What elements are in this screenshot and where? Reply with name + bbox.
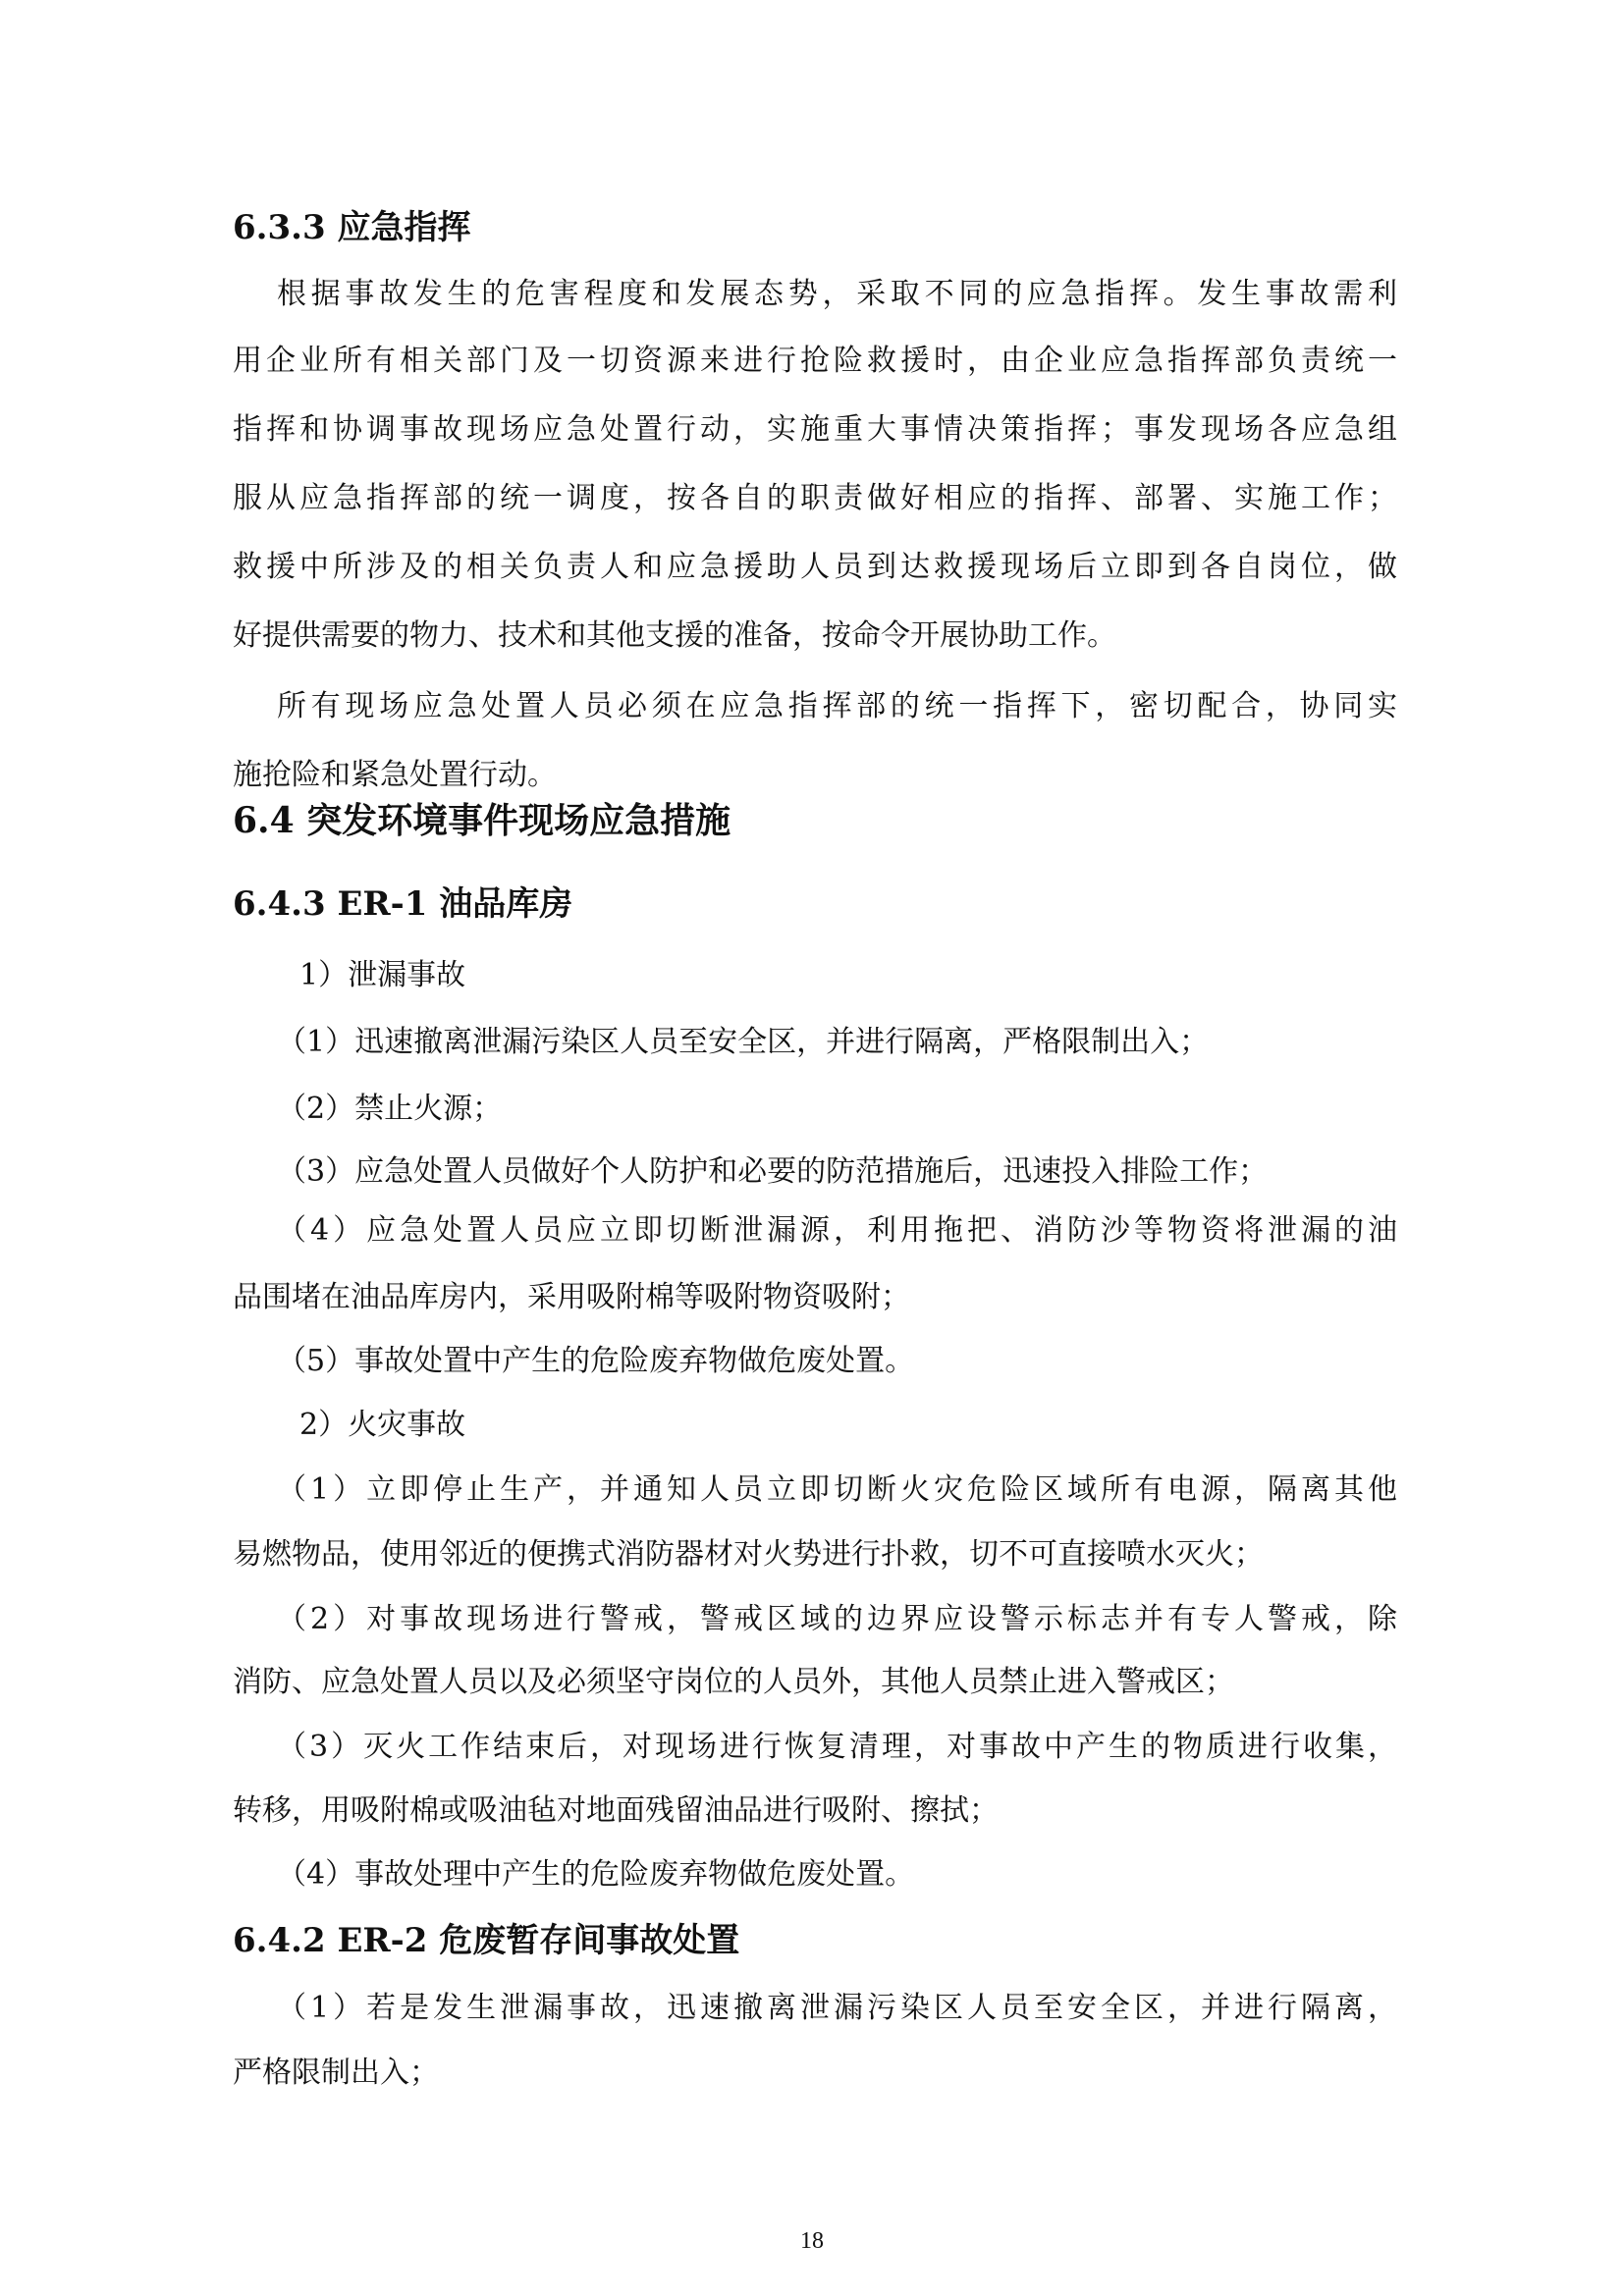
list-item: （4）事故处理中产生的危险废弃物做危废处置。 bbox=[277, 1853, 1397, 1896]
list-item-cont: 严格限制出入； bbox=[233, 2052, 1397, 2095]
list-item: （3）应急处置人员做好个人防护和必要的防范措施后，迅速投入排险工作； bbox=[277, 1150, 1397, 1194]
list-subtitle-leak: 1）泄漏事故 bbox=[299, 954, 1464, 997]
paragraph-line: 服从应急指挥部的统一调度，按各自的职责做好相应的指挥、部署、实施工作； bbox=[233, 477, 1397, 520]
list-item-cont: 转移，用吸附棉或吸油毡对地面残留油品进行吸附、擦拭； bbox=[233, 1789, 1397, 1833]
paragraph-line: 施抢险和紧急处置行动。 bbox=[233, 754, 1397, 797]
list-item: （2）禁止火源； bbox=[277, 1088, 1397, 1131]
paragraph-line: 根据事故发生的危害程度和发展态势，采取不同的应急指挥。发生事故需利 bbox=[277, 273, 1397, 316]
list-subtitle-fire: 2）火灾事故 bbox=[299, 1404, 1464, 1447]
heading-6-4-2: 6.4.2 ER-2 危废暂存间事故处置 bbox=[233, 1917, 739, 1964]
paragraph-line: 指挥和协调事故现场应急处置行动，实施重大事情决策指挥；事发现场各应急组 bbox=[233, 408, 1397, 452]
list-item: （2）对事故现场进行警戒，警戒区域的边界应设警示标志并有专人警戒，除 bbox=[277, 1598, 1397, 1641]
list-item-cont: 消防、应急处置人员以及必须坚守岗位的人员外，其他人员禁止进入警戒区； bbox=[233, 1661, 1397, 1704]
heading-6-4-3: 6.4.3 ER-1 油品库房 bbox=[233, 881, 572, 928]
list-item: （1）迅速撤离泄漏污染区人员至安全区，并进行隔离，严格限制出入； bbox=[277, 1021, 1397, 1064]
paragraph-line: 用企业所有相关部门及一切资源来进行抢险救援时，由企业应急指挥部负责统一 bbox=[233, 340, 1397, 383]
list-item-cont: 易燃物品，使用邻近的便携式消防器材对火势进行扑救，切不可直接喷水灭火； bbox=[233, 1533, 1397, 1576]
heading-6-4: 6.4 突发环境事件现场应急措施 bbox=[233, 797, 731, 844]
paragraph-line: 所有现场应急处置人员必须在应急指挥部的统一指挥下，密切配合，协同实 bbox=[277, 685, 1397, 728]
page-number: 18 bbox=[0, 2228, 1624, 2255]
heading-6-3-3: 6.3.3 应急指挥 bbox=[233, 204, 470, 251]
list-item: （4）应急处置人员应立即切断泄漏源，利用拖把、消防沙等物资将泄漏的油 bbox=[277, 1209, 1397, 1253]
list-item: （1）立即停止生产，并通知人员立即切断火灾危险区域所有电源，隔离其他 bbox=[277, 1468, 1397, 1512]
paragraph-line: 救援中所涉及的相关负责人和应急援助人员到达救援现场后立即到各自岗位，做 bbox=[233, 546, 1397, 589]
list-item-cont: 品围堵在油品库房内，采用吸附棉等吸附物资吸附； bbox=[233, 1276, 1397, 1319]
paragraph-line: 好提供需要的物力、技术和其他支援的准备，按命令开展协助工作。 bbox=[233, 614, 1397, 658]
list-item: （3）灭火工作结束后，对现场进行恢复清理，对事故中产生的物质进行收集， bbox=[277, 1726, 1397, 1769]
list-item: （1）若是发生泄漏事故，迅速撤离泄漏污染区人员至安全区，并进行隔离， bbox=[277, 1987, 1397, 2030]
list-item: （5）事故处置中产生的危险废弃物做危废处置。 bbox=[277, 1340, 1397, 1383]
